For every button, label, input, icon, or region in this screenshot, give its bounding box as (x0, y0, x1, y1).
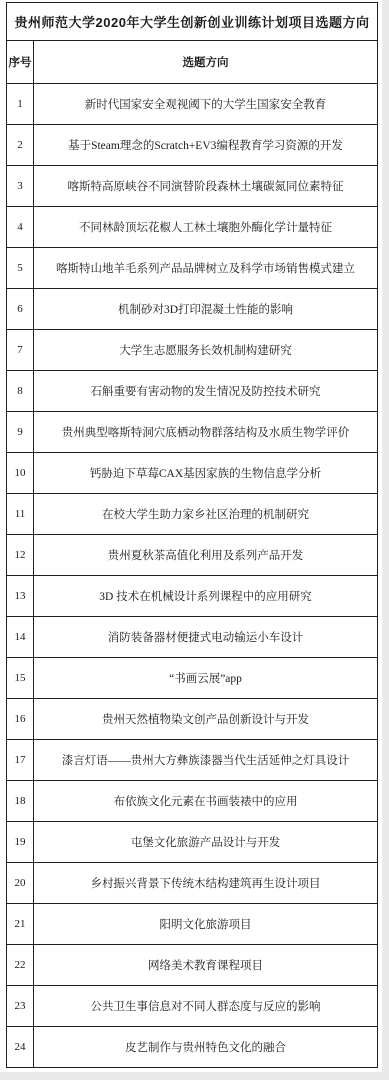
column-header-number: 序号 (7, 41, 34, 84)
row-number-cell: 18 (7, 781, 34, 822)
row-number-cell: 11 (7, 494, 34, 535)
row-number-cell: 22 (7, 945, 34, 986)
topic-cell: 阳明文化旅游项目 (34, 904, 378, 945)
table-row: 133D 技术在机械设计系列课程中的应用研究 (7, 576, 378, 617)
table-row: 4不同林龄顶坛花椒人工林土壤胞外酶化学计量特征 (7, 207, 378, 248)
row-number-cell: 3 (7, 166, 34, 207)
title-row: 贵州师范大学2020年大学生创新创业训练计划项目选题方向 (7, 3, 378, 41)
topic-cell: 喀斯特高原峡谷不同演替阶段森林土壤碳氮同位素特征 (34, 166, 378, 207)
row-number-cell: 10 (7, 453, 34, 494)
topic-cell: 屯堡文化旅游产品设计与开发 (34, 822, 378, 863)
table-row: 11在校大学生助力家乡社区治理的机制研究 (7, 494, 378, 535)
row-number-cell: 1 (7, 84, 34, 125)
topic-cell: 3D 技术在机械设计系列课程中的应用研究 (34, 576, 378, 617)
row-number-cell: 2 (7, 125, 34, 166)
row-number-cell: 8 (7, 371, 34, 412)
topic-cell: 公共卫生事信息对不同人群态度与反应的影响 (34, 986, 378, 1027)
topic-table: 贵州师范大学2020年大学生创新创业训练计划项目选题方向 序号 选题方向 1新时… (6, 2, 378, 1068)
table-row: 5喀斯特山地羊毛系列产品品牌树立及科学市场销售模式建立 (7, 248, 378, 289)
topic-cell: 机制砂对3D打印混凝土性能的影响 (34, 289, 378, 330)
table-row: 2基于Steam理念的Scratch+EV3编程教育学习资源的开发 (7, 125, 378, 166)
table-row: 23公共卫生事信息对不同人群态度与反应的影响 (7, 986, 378, 1027)
row-number-cell: 13 (7, 576, 34, 617)
topic-cell: “书画云展”app (34, 658, 378, 699)
topic-cell: 消防装备器材便捷式电动输运小车设计 (34, 617, 378, 658)
table-row: 3喀斯特高原峡谷不同演替阶段森林土壤碳氮同位素特征 (7, 166, 378, 207)
row-number-cell: 24 (7, 1027, 34, 1068)
topic-cell: 贵州夏秋茶高值化利用及系列产品开发 (34, 535, 378, 576)
table-header-row: 序号 选题方向 (7, 41, 378, 84)
row-number-cell: 17 (7, 740, 34, 781)
table-row: 14消防装备器材便捷式电动输运小车设计 (7, 617, 378, 658)
topic-cell: 布依族文化元素在书画装裱中的应用 (34, 781, 378, 822)
table-row: 6机制砂对3D打印混凝土性能的影响 (7, 289, 378, 330)
row-number-cell: 16 (7, 699, 34, 740)
row-number-cell: 20 (7, 863, 34, 904)
table-row: 1新时代国家安全观视阈下的大学生国家安全教育 (7, 84, 378, 125)
row-number-cell: 7 (7, 330, 34, 371)
table-row: 15“书画云展”app (7, 658, 378, 699)
table-row: 22网络美术教育课程项目 (7, 945, 378, 986)
table-body: 1新时代国家安全观视阈下的大学生国家安全教育2基于Steam理念的Scratch… (7, 84, 378, 1068)
row-number-cell: 15 (7, 658, 34, 699)
column-header-topic: 选题方向 (34, 41, 378, 84)
row-number-cell: 19 (7, 822, 34, 863)
document-page: 贵州师范大学2020年大学生创新创业训练计划项目选题方向 序号 选题方向 1新时… (0, 0, 382, 1072)
topic-cell: 皮艺制作与贵州特色文化的融合 (34, 1027, 378, 1068)
topic-cell: 石斛重要有害动物的发生情况及防控技术研究 (34, 371, 378, 412)
document-title: 贵州师范大学2020年大学生创新创业训练计划项目选题方向 (7, 3, 378, 41)
topic-cell: 网络美术教育课程项目 (34, 945, 378, 986)
topic-cell: 贵州天然植物染文创产品创新设计与开发 (34, 699, 378, 740)
row-number-cell: 12 (7, 535, 34, 576)
topic-cell: 不同林龄顶坛花椒人工林土壤胞外酶化学计量特征 (34, 207, 378, 248)
topic-cell: 喀斯特山地羊毛系列产品品牌树立及科学市场销售模式建立 (34, 248, 378, 289)
topic-cell: 基于Steam理念的Scratch+EV3编程教育学习资源的开发 (34, 125, 378, 166)
table-row: 18布依族文化元素在书画装裱中的应用 (7, 781, 378, 822)
row-number-cell: 6 (7, 289, 34, 330)
table-row: 8石斛重要有害动物的发生情况及防控技术研究 (7, 371, 378, 412)
table-row: 9贵州典型喀斯特洞穴底栖动物群落结构及水质生物学评价 (7, 412, 378, 453)
row-number-cell: 21 (7, 904, 34, 945)
table-row: 21阳明文化旅游项目 (7, 904, 378, 945)
table-row: 7大学生志愿服务长效机制构建研究 (7, 330, 378, 371)
row-number-cell: 23 (7, 986, 34, 1027)
topic-cell: 漆言灯语——贵州大方彝族漆器当代生活延伸之灯具设计 (34, 740, 378, 781)
table-row: 16贵州天然植物染文创产品创新设计与开发 (7, 699, 378, 740)
table-row: 20乡村振兴背景下传统木结构建筑再生设计项目 (7, 863, 378, 904)
table-row: 24皮艺制作与贵州特色文化的融合 (7, 1027, 378, 1068)
topic-cell: 贵州典型喀斯特洞穴底栖动物群落结构及水质生物学评价 (34, 412, 378, 453)
topic-cell: 在校大学生助力家乡社区治理的机制研究 (34, 494, 378, 535)
table-row: 19屯堡文化旅游产品设计与开发 (7, 822, 378, 863)
topic-cell: 大学生志愿服务长效机制构建研究 (34, 330, 378, 371)
row-number-cell: 9 (7, 412, 34, 453)
topic-cell: 新时代国家安全观视阈下的大学生国家安全教育 (34, 84, 378, 125)
table-row: 17漆言灯语——贵州大方彝族漆器当代生活延伸之灯具设计 (7, 740, 378, 781)
topic-cell: 钙胁迫下草莓CAX基因家族的生物信息学分析 (34, 453, 378, 494)
table-row: 10钙胁迫下草莓CAX基因家族的生物信息学分析 (7, 453, 378, 494)
row-number-cell: 4 (7, 207, 34, 248)
table-row: 12贵州夏秋茶高值化利用及系列产品开发 (7, 535, 378, 576)
row-number-cell: 5 (7, 248, 34, 289)
topic-cell: 乡村振兴背景下传统木结构建筑再生设计项目 (34, 863, 378, 904)
row-number-cell: 14 (7, 617, 34, 658)
